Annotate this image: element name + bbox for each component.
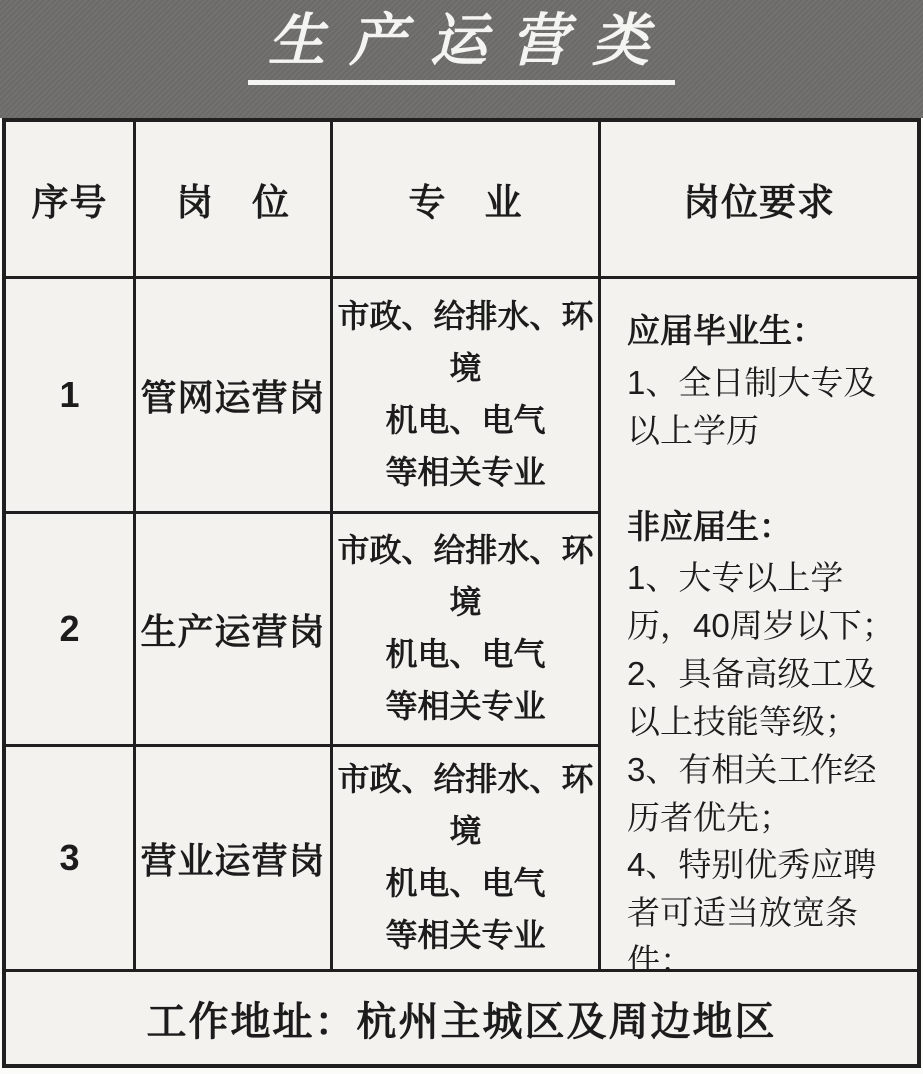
page-title: 生产运营类 <box>248 10 675 85</box>
row-number: 3 <box>6 747 136 972</box>
position-name: 管网运营岗 <box>136 279 333 514</box>
scanned-recruitment-notice: 生产运营类 序号 岗 位 专 业 岗位要求 1 管网运营岗 市政、给排水、环境 … <box>0 0 923 1074</box>
req-item: 1、全日制大专及以上学历 <box>627 359 899 455</box>
major-line: 市政、给排水、环境 <box>333 754 598 858</box>
req-item: 2、具备高级工及以上技能等级； <box>627 650 899 746</box>
major-text: 市政、给排水、环境 机电、电气 等相关专业 <box>333 279 601 514</box>
col-header-requirements: 岗位要求 <box>601 122 917 279</box>
row-number: 2 <box>6 514 136 747</box>
category-banner: 生产运营类 <box>0 0 923 118</box>
major-line: 等相关专业 <box>385 681 545 733</box>
col-header-major: 专 业 <box>333 122 601 279</box>
col-header-no: 序号 <box>6 122 136 279</box>
major-line: 机电、电气 <box>385 395 545 447</box>
major-line: 机电、电气 <box>385 858 545 910</box>
recruitment-table: 序号 岗 位 专 业 岗位要求 1 管网运营岗 市政、给排水、环境 机电、电气 … <box>2 118 921 1068</box>
major-line: 市政、给排水、环境 <box>333 291 598 395</box>
work-address: 工作地址：杭州主城区及周边地区 <box>6 972 917 1064</box>
requirements-cell: 应届毕业生： 1、全日制大专及以上学历 非应届生： 1、大专以上学历，40周岁以… <box>601 279 917 972</box>
major-line: 等相关专业 <box>385 910 545 962</box>
req-section-fresh-graduates: 应届毕业生： 1、全日制大专及以上学历 <box>627 307 899 455</box>
req-item: 3、有相关工作经历者优先； <box>627 746 899 842</box>
position-name: 营业运营岗 <box>136 747 333 972</box>
major-line: 市政、给排水、环境 <box>333 525 598 629</box>
major-text: 市政、给排水、环境 机电、电气 等相关专业 <box>333 747 601 972</box>
req-heading-fresh-graduates: 应届毕业生： <box>627 307 899 355</box>
req-section-non-fresh: 非应届生： 1、大专以上学历，40周岁以下； 2、具备高级工及以上技能等级； 3… <box>627 503 899 972</box>
col-header-position: 岗 位 <box>136 122 333 279</box>
major-text: 市政、给排水、环境 机电、电气 等相关专业 <box>333 514 601 747</box>
req-item: 1、大专以上学历，40周岁以下； <box>627 554 899 650</box>
position-name: 生产运营岗 <box>136 514 333 747</box>
row-number: 1 <box>6 279 136 514</box>
req-heading-non-fresh: 非应届生： <box>627 503 899 551</box>
major-line: 等相关专业 <box>385 447 545 499</box>
req-item: 4、特别优秀应聘者可适当放宽条件； <box>627 841 899 972</box>
major-line: 机电、电气 <box>385 629 545 681</box>
